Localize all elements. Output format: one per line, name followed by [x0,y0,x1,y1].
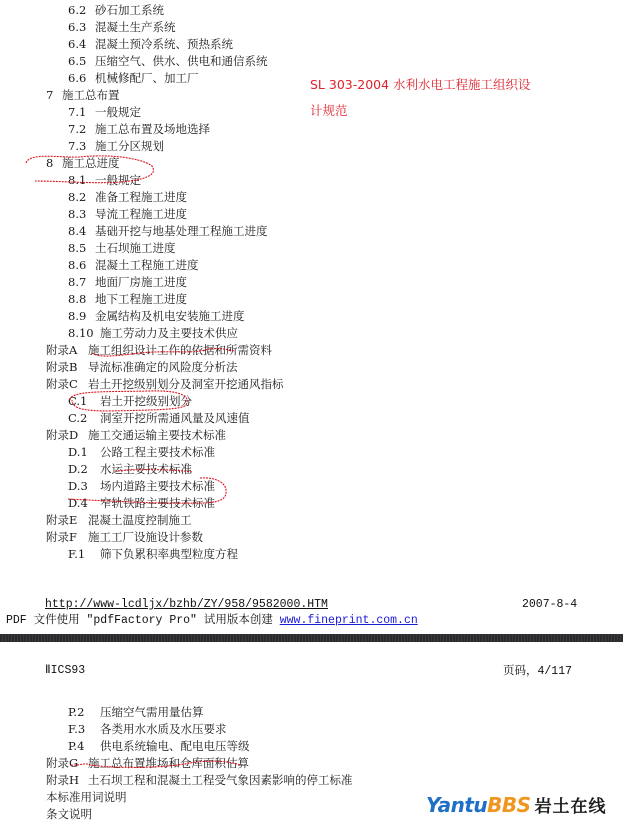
toc-entry-number: 7.3 [68,138,86,155]
toc-entry-number: 附录D [46,427,78,444]
page-number: 页码，4/117 [503,662,572,678]
toc-entry-number: 6.2 [68,2,86,19]
toc-entry-title: 导流工程施工进度 [95,206,187,223]
toc-entry-title: 场内道路主要技术标准 [100,478,215,495]
toc-entry-title: 公路工程主要技术标准 [100,444,215,461]
toc-entry-title: 砂石加工系统 [95,2,164,19]
toc-entry-title: 一般规定 [95,172,141,189]
toc-entry-title: 基础开挖与地基处理工程施工进度 [95,223,268,240]
toc-entry-title: 洞室开挖所需通风量及风速值 [100,410,250,427]
toc-entry-number: 附录G [46,755,78,772]
toc-entry-number: 6.5 [68,53,86,70]
source-url-link[interactable]: http://www-lcdljx/bzhb/ZY/958/9582000.HT… [45,598,328,611]
logo-yantu: Yantu [426,793,487,817]
toc-entry-number: 附录H [46,772,79,789]
toc-entry-title: 施工交通运输主要技术标准 [88,427,226,444]
toc-entry-number: D.1 [68,444,88,461]
toc-entry-title: 混凝土工程施工进度 [95,257,199,274]
toc-entry-title: 机械修配厂、加工厂 [95,70,199,87]
toc-entry-number: 8.5 [68,240,86,257]
toc-entry-number: F.1 [68,546,85,563]
toc-entry-number: 7.1 [68,104,86,121]
toc-entry-title: 岩土开挖级别划分及洞室开挖通风指标 [88,376,284,393]
toc-entry-number: 附录C [46,376,78,393]
toc-entry-number: 附录A [46,342,77,359]
toc-entry-number: D.3 [68,478,88,495]
toc-entry-number: P.4 [68,738,84,755]
red-pen-annotations [0,0,623,839]
toc-entry-title: 施工工厂设施设计参数 [88,529,203,546]
toc-entry-number: 8.9 [68,308,86,325]
document-title-annotation: SL 303-2004 水利水电工程施工组织设 计规范 [310,72,420,124]
toc-entry-number: 8.1 [68,172,86,189]
logo-bbs: BBS [487,793,530,817]
toc-entry-number: 6.6 [68,70,86,87]
toc-entry-title: 混凝土生产系统 [95,19,176,36]
toc-entry-title: 施工组织设计工作的依据和所需资料 [88,342,272,359]
toc-entry-number: 附录E [46,512,77,529]
toc-entry-number: 6.3 [68,19,86,36]
toc-entry-title: 各类用水水质及水压要求 [100,721,227,738]
toc-entry-number: 7 [46,87,53,104]
page-header-left: ⅡICS93 [45,662,85,677]
toc-entry-title: 窄轨铁路主要技术标准 [100,495,215,512]
toc-entry-title: 压缩空气、供水、供电和通信系统 [95,53,268,70]
toc-entry-title: 条文说明 [46,806,92,823]
toc-entry-number: 6.4 [68,36,86,53]
toc-entry-title: 施工总布置及场地选择 [95,121,210,138]
footer-date: 2007-8-4 [522,598,577,611]
toc-entry-title: 准备工程施工进度 [95,189,187,206]
toc-entry-number: 8.6 [68,257,86,274]
toc-entry-title: 施工分区规划 [95,138,164,155]
toc-entry-title: 供电系统输电、配电电压等级 [100,738,250,755]
toc-entry-title: 一般规定 [95,104,141,121]
toc-entry-number: 8.7 [68,274,86,291]
toc-entry-number: 7.2 [68,121,86,138]
toc-entry-number: 8.3 [68,206,86,223]
yantu-bbs-logo: YantuBBS岩土在线 [426,793,607,817]
doc-title-line-1: SL 303-2004 水利水电工程施工组织设 [310,72,420,98]
toc-entry-number: 8 [46,155,53,172]
logo-chinese: 岩土在线 [535,797,607,817]
toc-entry-number: C.2 [68,410,87,427]
toc-entry-title: 混凝土温度控制施工 [88,512,192,529]
toc-entry-number: P.2 [68,704,84,721]
toc-entry-title: 施工总进度 [62,155,120,172]
toc-entry-title: 施工总布置堆场和仓库面积估算 [88,755,249,772]
page-separator [0,634,623,642]
toc-entry-title: 施工劳动力及主要技术供应 [100,325,238,342]
fineprint-link[interactable]: www.fineprint.com.cn [280,614,418,627]
toc-entry-title: 地下工程施工进度 [95,291,187,308]
toc-entry-number: 8.2 [68,189,86,206]
toc-entry-title: 导流标准确定的风险度分析法 [88,359,238,376]
toc-entry-title: 施工总布置 [62,87,120,104]
toc-entry-title: 岩土开挖级别划分 [100,393,192,410]
toc-entry-title: 金属结构及机电安装施工进度 [95,308,245,325]
toc-entry-number: 附录F [46,529,77,546]
toc-entry-title: 本标准用词说明 [46,789,127,806]
toc-entry-title: 地面厂房施工进度 [95,274,187,291]
toc-entry-title: 筛下负累积率典型粒度方程 [100,546,238,563]
toc-entry-title: 水运主要技术标准 [100,461,192,478]
doc-title-line-2: 计规范 [310,98,420,124]
pdf-watermark-note: PDF 文件使用 "pdfFactory Pro" 试用版本创建 www.fin… [6,611,418,627]
toc-entry-number: F.3 [68,721,85,738]
toc-entry-number: D.4 [68,495,88,512]
toc-entry-title: 土石坝施工进度 [95,240,176,257]
toc-entry-title: 土石坝工程和混凝土工程受气象因素影响的停工标准 [88,772,353,789]
toc-entry-number: 8.4 [68,223,86,240]
toc-entry-number: 8.8 [68,291,86,308]
toc-entry-number: 附录B [46,359,77,376]
toc-entry-number: C.1 [68,393,87,410]
toc-entry-title: 压缩空气需用量估算 [100,704,204,721]
toc-entry-title: 混凝土预冷系统、预热系统 [95,36,233,53]
toc-entry-number: 8.10 [68,325,94,342]
pdf-note-text: PDF 文件使用 "pdfFactory Pro" 试用版本创建 [6,614,280,627]
toc-entry-number: D.2 [68,461,88,478]
